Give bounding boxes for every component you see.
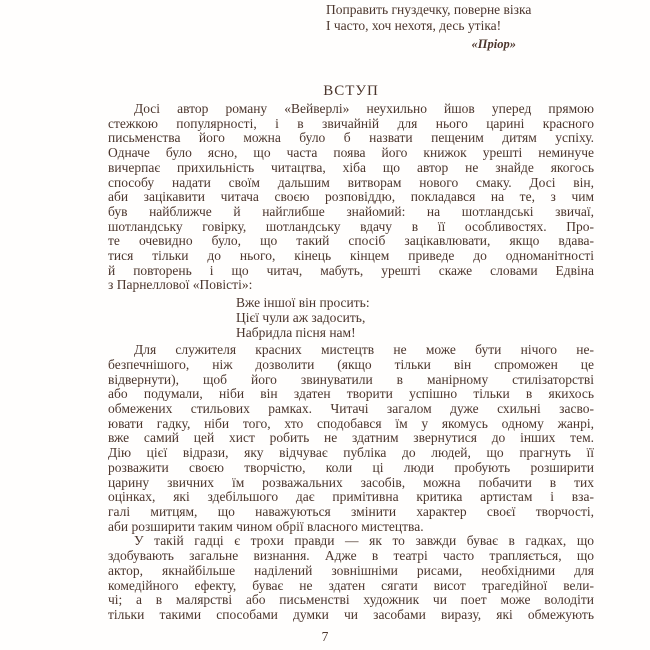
text-line: комедійного ефекту, буває не здатен сяга…	[108, 579, 594, 594]
text-line: письменства його можна було б назвати пе…	[108, 131, 594, 146]
text-line: Дію цієї відрази, яку відчуває публіка д…	[108, 446, 594, 461]
text-line: аби розширити таким чином обрії власного…	[108, 520, 594, 535]
text-line: шотландську говірку, шотландську вдачу в…	[108, 220, 594, 235]
text-line: Досі автор роману «Вейверлі» неухильно й…	[108, 102, 594, 117]
text-line: чі; а в малярстві або письменстві художн…	[108, 593, 594, 608]
text-line: Для служителя красних мистецтв не може б…	[108, 343, 594, 358]
paragraph: Для служителя красних мистецтв не може б…	[108, 343, 594, 534]
text-line: тися тільки до нього, кінець кінцем прив…	[108, 249, 594, 264]
body-text: Досі автор роману «Вейверлі» неухильно й…	[108, 102, 594, 623]
text-line: актор, якнайбільше наділений зовнішніми …	[108, 564, 594, 579]
text-line: стежкою популярності, і в звичайній для …	[108, 117, 594, 132]
book-page: Поправить гнуздечку, поверне візка І час…	[0, 0, 650, 650]
text-line: оцінках, які здебільшого дає примітивна …	[108, 490, 594, 505]
text-line: У такій гадці є трохи правди — як то зав…	[108, 534, 594, 549]
page-number: 7	[0, 629, 650, 645]
paragraph: Досі автор роману «Вейверлі» неухильно й…	[108, 102, 594, 293]
epigraph: Поправить гнуздечку, поверне візка І час…	[326, 2, 522, 53]
verse-line: Набридла пісня нам!	[236, 326, 594, 341]
text-line: галі митцям, що наважуються змінити хара…	[108, 505, 594, 520]
text-line: здобувають загальне визнання. Адже в теа…	[108, 549, 594, 564]
text-line: тільки такими способами думки чи засобам…	[108, 608, 594, 623]
text-line: вичерпає прихильність читацтва, хіба що …	[108, 161, 594, 176]
verse-line: Цієї чули аж задосить,	[236, 311, 594, 326]
text-line: був найближче й найглибше знайомий: на ш…	[108, 205, 594, 220]
epigraph-line: Поправить гнуздечку, поверне візка	[326, 2, 522, 18]
text-line: Одначе було ясно, що часта поява його кн…	[108, 146, 594, 161]
epigraph-line: І часто, хоч нехотя, десь утіка!	[326, 18, 522, 34]
text-line: ювати гадку, ніби того, хто сподобався ї…	[108, 417, 594, 432]
text-line: з Парнеллової «Повісті»:	[108, 278, 594, 293]
text-line: те очевидно було, що такий спосіб заціка…	[108, 234, 594, 249]
text-line: розважити своєю творчістю, коли ці люди …	[108, 461, 594, 476]
chapter-title: ВСТУП	[108, 83, 594, 100]
text-line: або подумали, ніби він здатен творити ус…	[108, 387, 594, 402]
verse-block: Вже іншої він просить:Цієї чули аж задос…	[108, 296, 594, 340]
text-line: відвернути), щоб його звинуватили в мані…	[108, 373, 594, 388]
paragraph: У такій гадці є трохи правди — як то зав…	[108, 534, 594, 622]
text-line: вже самий цей хист робить не здатним зве…	[108, 431, 594, 446]
verse-line: Вже іншої він просить:	[236, 296, 594, 311]
epigraph-attribution: «Пріор»	[326, 37, 522, 53]
text-line: способу надати своїм дальшим витворам но…	[108, 176, 594, 191]
text-line: безпечнішого, ніж дозволити (якщо тільки…	[108, 358, 594, 373]
text-line: царину звичних їм розважальних засобів, …	[108, 476, 594, 491]
text-line: й повторень і що читач, мабуть, урешті с…	[108, 264, 594, 279]
text-line: обмежених стильових рамках. Читачі загал…	[108, 402, 594, 417]
text-line: аби зацікавити читача своєю розповіддю, …	[108, 190, 594, 205]
